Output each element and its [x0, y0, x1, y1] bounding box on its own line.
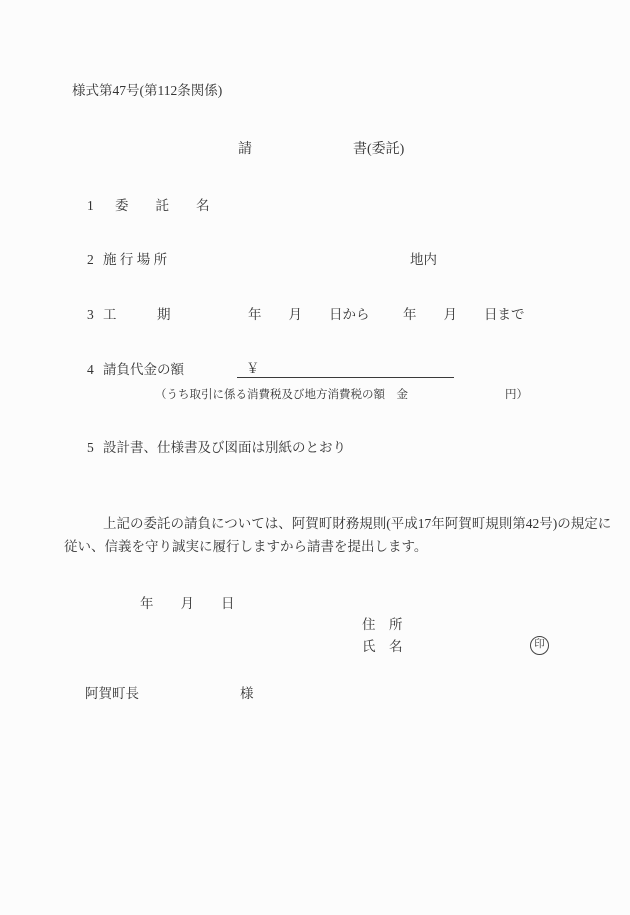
item3-date-from: 年 月 日から [248, 307, 370, 323]
seal-mark-label: 印 [534, 640, 545, 651]
item4-number: 4 [87, 362, 94, 378]
item3-label: 工 期 [103, 307, 171, 323]
date-line: 年 月 日 [140, 596, 235, 612]
item1-label: 委 託 名 [115, 198, 210, 214]
item2-number: 2 [87, 252, 94, 268]
document-page: 様式第47号(第112条関係) 請 書(委託) 1 委 託 名 2 施 行 場 … [0, 0, 630, 915]
name-label: 氏 名 [362, 639, 403, 655]
yen-symbol: ￥ [246, 361, 260, 377]
item3-number: 3 [87, 307, 94, 323]
item5-number: 5 [87, 440, 94, 456]
item2-label: 施 行 場 所 [103, 252, 167, 268]
seal-mark-icon: 印 [530, 636, 549, 655]
document-title-right: 書(委託) [353, 142, 404, 159]
tax-note: （うち取引に係る消費税及び地方消費税の額 金 [155, 389, 408, 403]
addressee-honorific: 様 [240, 686, 254, 702]
tax-unit: 円） [505, 389, 528, 403]
item2-suffix: 地内 [410, 252, 437, 268]
item3-date-to: 年 月 日まで [403, 307, 525, 323]
amount-underline [237, 377, 454, 378]
form-number: 様式第47号(第112条関係) [72, 83, 222, 99]
pledge-line2: 従い、信義を守り誠実に履行しますから請書を提出します。 [64, 539, 427, 555]
document-title-left: 請 [238, 142, 252, 159]
item5-label: 設計書、仕様書及び図面は別紙のとおり [103, 440, 346, 456]
addressee: 阿賀町長 [85, 686, 139, 702]
item1-number: 1 [87, 198, 94, 214]
pledge-line1: 上記の委託の請負については、阿賀町財務規則(平成17年阿賀町規則第42号)の規定… [103, 516, 611, 532]
address-label: 住 所 [362, 617, 403, 633]
item4-label: 請負代金の額 [103, 362, 184, 378]
